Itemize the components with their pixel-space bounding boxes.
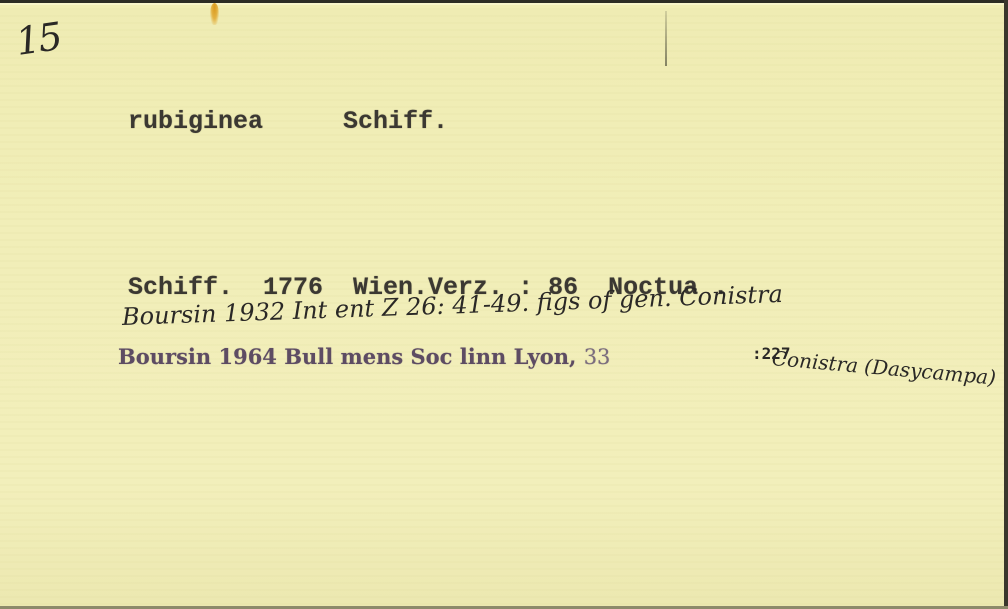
citation-stamped-text: Boursin 1964 Bull mens Soc linn Lyon, <box>118 344 584 369</box>
species-name: rubiginea <box>128 107 263 136</box>
stain-mark <box>210 3 219 25</box>
card-number: 15 <box>13 14 63 64</box>
card-edge <box>1004 0 1008 609</box>
index-card: 15 rubiginea Schiff. Schiff. 1776 Wien.V… <box>0 3 1004 607</box>
citation-genus-note: Conistra (Dasycampa) <box>771 346 997 389</box>
pencil-mark <box>665 11 667 66</box>
species-author: Schiff. <box>343 107 448 136</box>
citation-stamped: Boursin 1964 Bull mens Soc linn Lyon, 33 <box>118 344 610 369</box>
citation-volume: 33 <box>584 345 611 369</box>
